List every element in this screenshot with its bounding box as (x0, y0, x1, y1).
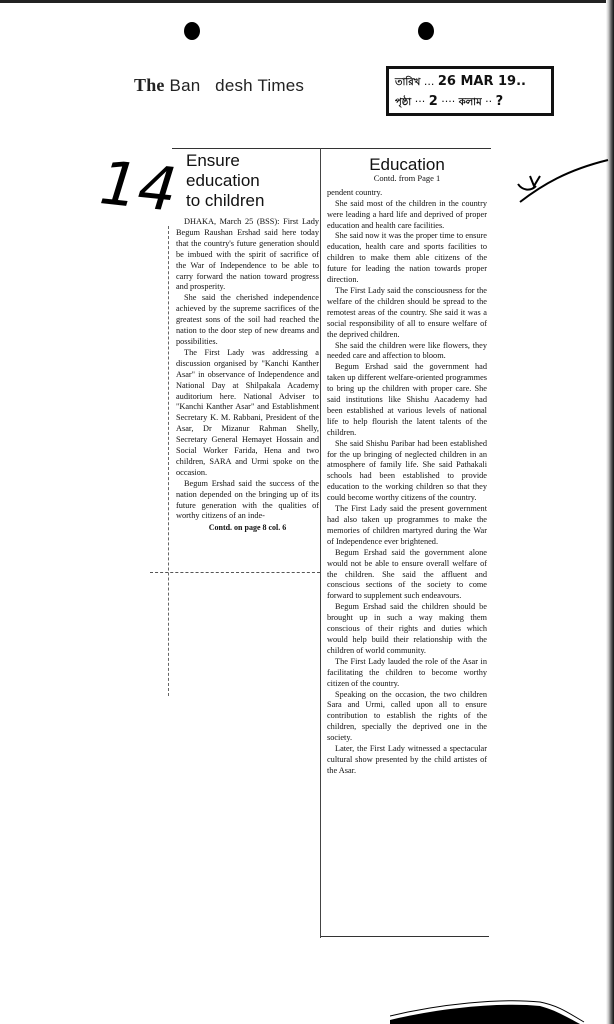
clip-border (321, 148, 491, 149)
article-paragraph: pendent country. (327, 188, 487, 199)
article-paragraph: The First Lady said the present governme… (327, 504, 487, 548)
article-paragraph: She said the children were like flowers,… (327, 341, 487, 363)
punch-hole (418, 22, 434, 40)
article-paragraph: DHAKA, March 25 (BSS): First Lady Begum … (176, 217, 319, 293)
masthead-name: Ban desh Times (170, 76, 305, 95)
clip-border (172, 148, 320, 149)
clip-cut-line (150, 572, 320, 573)
handwritten-page-number: 14 (97, 148, 180, 226)
headline-line: to children (186, 191, 319, 211)
article-paragraph: Begum Ershad said the children should be… (327, 602, 487, 657)
archive-stamp: তারিখ ... 26 MAR 19.. পৃষ্ঠা ··· 2 ···· … (386, 66, 554, 116)
article-paragraph: She said the cherished independence achi… (176, 293, 319, 348)
stamp-page-label: পৃষ্ঠা (395, 97, 411, 108)
clip-border (320, 148, 322, 938)
stamp-page-value: 2 (429, 94, 438, 109)
right-article-clipping: Education Contd. from Page 1 pendent cou… (327, 148, 487, 777)
article-paragraph: Speaking on the occasion, the two childr… (327, 690, 487, 745)
stamp-date-value: 26 MAR 19.. (438, 74, 526, 89)
headline-line: education (186, 171, 319, 191)
punch-hole (184, 22, 200, 40)
newspaper-masthead: The Ban desh Times (134, 75, 304, 96)
right-article-headline: Education (327, 160, 487, 171)
right-article-body: pendent country. She said most of the ch… (327, 188, 487, 777)
article-paragraph: Begum Ershad said the success of the nat… (176, 479, 319, 523)
scan-top-edge (0, 0, 614, 3)
article-paragraph: She said now it was the proper time to e… (327, 231, 487, 286)
headline-line: Ensure (186, 151, 319, 171)
masthead-the: The (134, 75, 165, 95)
right-article-subhead: Contd. from Page 1 (327, 173, 487, 184)
article-paragraph: Begum Ershad said the government alone w… (327, 548, 487, 603)
stamp-date-label: তারিখ (395, 77, 420, 88)
left-article-body: DHAKA, March 25 (BSS): First Lady Begum … (176, 217, 319, 534)
handwritten-check-mark (512, 150, 612, 210)
article-paragraph: The First Lady said the consciousness fo… (327, 286, 487, 341)
article-paragraph: The First Lady was addressing a discussi… (176, 348, 319, 479)
clip-border (168, 226, 170, 696)
stamp-column-value: ? (496, 94, 504, 109)
page-curl (390, 1000, 590, 1024)
stamp-column-label: কলাম (459, 97, 482, 108)
left-article-headline: Ensure education to children (186, 151, 319, 211)
left-article-clipping: Ensure education to children DHAKA, Marc… (176, 148, 319, 534)
article-paragraph: Begum Ershad said the government had tak… (327, 362, 487, 438)
article-paragraph: She said most of the children in the cou… (327, 199, 487, 232)
continued-note: Contd. on page 8 col. 6 (176, 523, 319, 534)
article-paragraph: The First Lady lauded the role of the As… (327, 657, 487, 690)
clip-border (321, 936, 489, 937)
article-paragraph: She said Shishu Paribar had been establi… (327, 439, 487, 504)
article-paragraph: Later, the First Lady witnessed a specta… (327, 744, 487, 777)
